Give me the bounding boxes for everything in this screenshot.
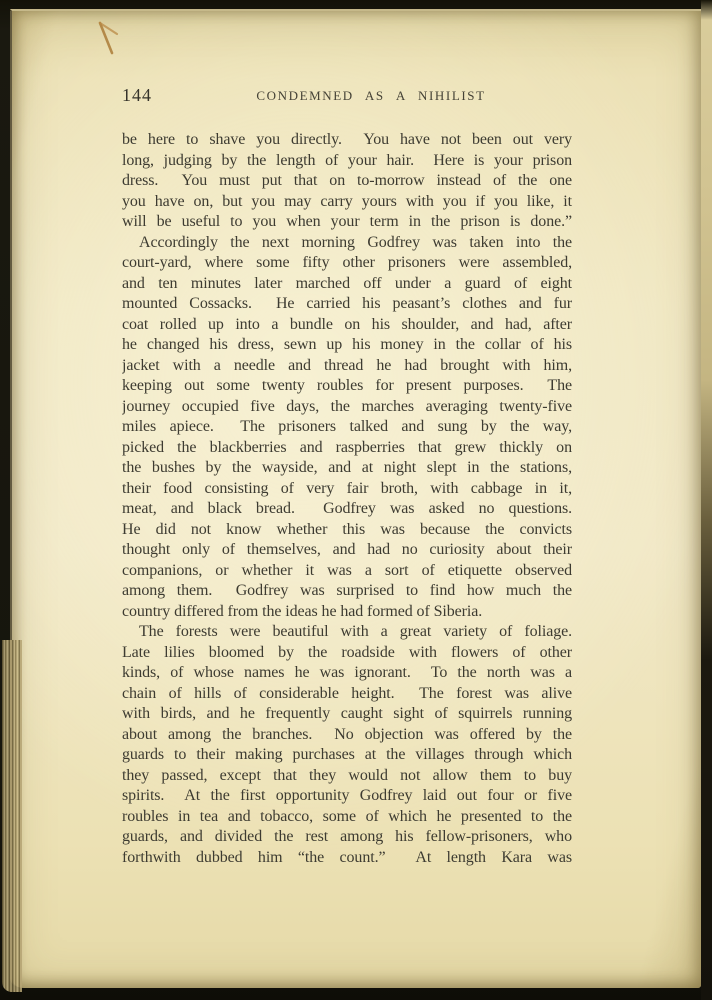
running-head: CONDEMNED AS A NIHILIST <box>146 88 596 104</box>
text-line: roubles in tea and tobacco, some of whic… <box>122 807 572 828</box>
text-line: keeping out some twenty roubles for pres… <box>122 376 572 397</box>
text-line: companions, or whether it was a sort of … <box>122 561 572 582</box>
text-line: the bushes by the wayside, and at night … <box>122 458 572 479</box>
text-line: with birds, and he frequently caught sig… <box>122 704 572 725</box>
text-line: meat, and black bread. Godfrey was asked… <box>122 499 572 520</box>
paper-fiber-mark <box>90 17 130 67</box>
text-line: be here to shave you directly. You have … <box>122 130 572 151</box>
text-line: he changed his dress, sewn up his money … <box>122 335 572 356</box>
scanned-book-photo: 144 CONDEMNED AS A NIHILIST be here to s… <box>0 0 712 1000</box>
text-line: country differed from the ideas he had f… <box>122 602 572 623</box>
page-text: be here to shave you directly. You have … <box>122 130 572 868</box>
text-line: among them. Godfrey was surprised to fin… <box>122 581 572 602</box>
text-line: jacket with a needle and thread he had b… <box>122 356 572 377</box>
text-line: miles apiece. The prisoners talked and s… <box>122 417 572 438</box>
text-line: He did not know whether this was because… <box>122 520 572 541</box>
text-line: The forests were beautiful with a great … <box>122 622 572 643</box>
text-line: long, judging by the length of your hair… <box>122 151 572 172</box>
text-line: their food consisting of very fair broth… <box>122 479 572 500</box>
text-line: chain of hills of considerable height. T… <box>122 684 572 705</box>
text-line: mounted Cossacks. He carried his peasant… <box>122 294 572 315</box>
book-fore-edge <box>701 0 712 1000</box>
text-line: spirits. At the first opportunity Godfre… <box>122 786 572 807</box>
text-line: forthwith dubbed him “the count.” At len… <box>122 848 572 869</box>
text-line: guards to their making purchases at the … <box>122 745 572 766</box>
text-line: and ten minutes later marched off under … <box>122 274 572 295</box>
text-line: thought only of themselves, and had no c… <box>122 540 572 561</box>
text-line: Late lilies bloomed by the roadside with… <box>122 643 572 664</box>
text-line: court-yard, where some fifty other priso… <box>122 253 572 274</box>
page-stack-edges <box>2 640 22 992</box>
text-line: picked the blackberries and raspberries … <box>122 438 572 459</box>
text-line: coat rolled up into a bundle on his shou… <box>122 315 572 336</box>
text-line: Accordingly the next morning Godfrey was… <box>122 233 572 254</box>
text-line: about among the branches. No objection w… <box>122 725 572 746</box>
book-page: 144 CONDEMNED AS A NIHILIST be here to s… <box>10 9 702 988</box>
text-line: you have on, but you may carry yours wit… <box>122 192 572 213</box>
text-line: they passed, except that they would not … <box>122 766 572 787</box>
page-header: 144 CONDEMNED AS A NIHILIST <box>122 85 572 107</box>
text-line: guards, and divided the rest among his f… <box>122 827 572 848</box>
text-line: dress. You must put that on to-morrow in… <box>122 171 572 192</box>
text-line: journey occupied five days, the marches … <box>122 397 572 418</box>
text-line: will be useful to you when your term in … <box>122 212 572 233</box>
text-line: kinds, of whose names he was ignorant. T… <box>122 663 572 684</box>
